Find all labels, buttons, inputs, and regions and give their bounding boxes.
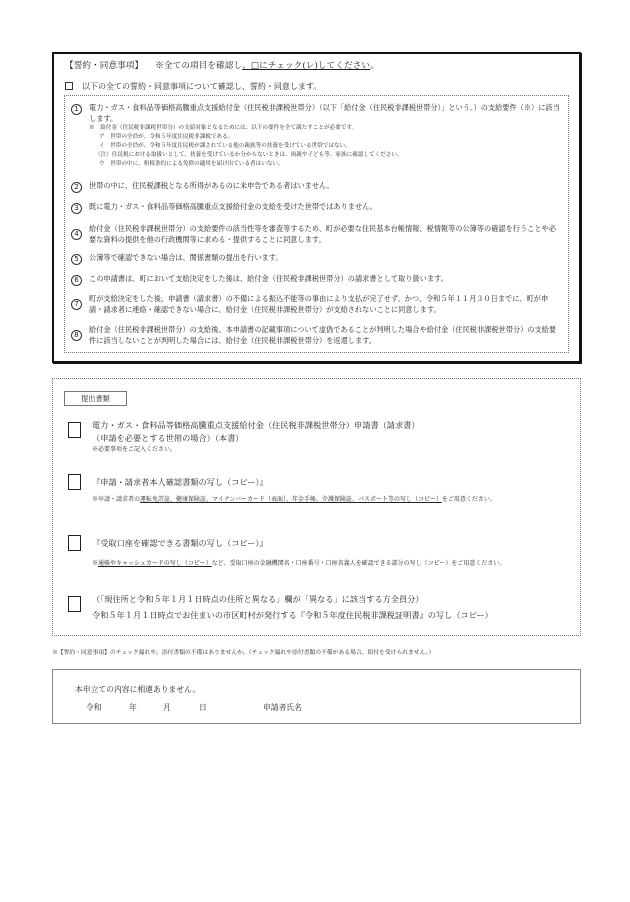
document-item-application: 電力・ガス・食料品等価格高騰重点支援給付金（住民税非課税世帯分）申請書（請求書）… <box>68 419 568 455</box>
document-checkbox[interactable] <box>68 422 81 438</box>
pledge-item-5: 5 公簿等で確認できない場合は、関係書類の提出を行います。 <box>71 252 561 263</box>
pledge-item-2: 2 世帯の中に、住民税課税となる所得があるのに未申告である者はいません。 <box>71 180 561 191</box>
pledge-item-sub: ウ 世帯の中に、租税条約による免除の適用を届け出ている者はいない。 <box>89 160 561 169</box>
pledge-item-sub: （注）住民税における取扱いとして、扶養を受けているか分からないときは、両親や子ど… <box>89 151 561 160</box>
pledge-item-sub: ア 世帯の全員が、令和５年度住民税非課税である。 <box>89 133 561 142</box>
document-label: （「現住所と令和５年１月１日時点の住所と異なる」欄が「異なる」に該当する方全員分… <box>92 593 568 606</box>
pledge-title: 【誓約・同意事項】 <box>65 61 143 71</box>
year-field[interactable]: 年 <box>129 702 137 713</box>
document-item-id-copy: 『申請・請求者本人確認書類の写し（コピー）』 ※申請・請求者の運転免許証、健康保… <box>68 471 568 505</box>
document-item-bank-account-copy: 『受取口座を確認できる書類の写し（コピー）』 ※通帳やキャッシュカードの写し（コ… <box>68 532 568 569</box>
pledge-item-text: 町が支給決定をした後、申請書（請求書）の不備による振込不能等の事由により支払が完… <box>89 293 561 315</box>
item-number: 1 <box>71 104 82 115</box>
pledge-header: 【誓約・同意事項】※全ての項目を確認し、□にチェック(レ)してください。 <box>65 59 379 71</box>
document-checkbox[interactable] <box>68 596 81 612</box>
pledge-item-7: 7 町が支給決定をした後、申請書（請求書）の不備による振込不能等の事由により支払… <box>71 293 561 315</box>
item-number: 3 <box>71 203 82 214</box>
pledge-items-box: 1 電力・ガス・食料品等価格高騰重点支援給付金（住民税非課税世帯分）（以下「給付… <box>64 95 569 353</box>
document-label: 『申請・請求者本人確認書類の写し（コピー）』 <box>92 471 568 493</box>
agree-all-row: 以下の全ての誓約・同意事項について確認し、誓約・同意します。 <box>65 81 321 92</box>
agree-all-label: 以下の全ての誓約・同意事項について確認し、誓約・同意します。 <box>82 82 321 91</box>
pledge-item-8: 8 給付金（住民税非課税世帯分）の支給後、本申請書の記載事項について虚偽であるこ… <box>71 324 561 346</box>
agree-all-checkbox[interactable] <box>65 82 73 90</box>
pledge-item-sub: イ 世帯の全員が、令和５年度住民税が課されている他の親族等の扶養を受けている世帯… <box>89 142 561 151</box>
document-note: ※申請・請求者の運転免許証、健康保険証、マイナンバーカード（表面）、年金手帳、介… <box>92 495 568 505</box>
document-label: 電力・ガス・食料品等価格高騰重点支援給付金（住民税非課税世帯分）申請書（請求書） <box>92 419 568 432</box>
pledge-item-6: 6 この申請書は、町において支給決定をした後は、給付金（住民税非課税世帯分）の請… <box>71 273 561 284</box>
pledge-item-3: 3 既に電力・ガス・食料品等価格高騰重点支援給付金の支給を受けた世帯ではありませ… <box>71 201 561 212</box>
pledge-item-text: 既に電力・ガス・食料品等価格高騰重点支援給付金の支給を受けた世帯ではありません。 <box>89 201 561 212</box>
document-label: （申請を必要とする世帯の場合）（本書） <box>92 432 568 445</box>
pledge-item-text: この申請書は、町において支給決定をした後は、給付金（住民税非課税世帯分）の請求書… <box>89 273 561 284</box>
item-number: 5 <box>71 254 82 265</box>
pledge-item-4: 4 給付金（住民税非課税世帯分）の支給要件の該当性等を審査等するため、町が必要な… <box>71 223 561 245</box>
item-number: 2 <box>71 182 82 193</box>
applicant-name-field[interactable]: 申請者氏名 <box>263 702 302 713</box>
day-field[interactable]: 日 <box>199 702 207 713</box>
pledge-item-1: 1 電力・ガス・食料品等価格高騰重点支援給付金（住民税非課税世帯分）（以下「給付… <box>71 102 561 169</box>
check-reminder-footnote: ※【誓約・同意事項】のチェック漏れや、添付書類の不備はありませんか。（チェック漏… <box>52 647 434 656</box>
pledge-instruction: ※全ての項目を確認し、□にチェック(レ)してください。 <box>155 61 379 71</box>
item-number: 7 <box>71 299 82 310</box>
signature-statement: 本申立ての内容に相違ありません。 <box>75 684 200 695</box>
document-checkbox[interactable] <box>68 535 81 551</box>
item-number: 4 <box>71 229 82 240</box>
document-note: ※通帳やキャッシュカードの写し（コピー）など、受取口座の金融機関名・口座番号・口… <box>92 559 568 569</box>
document-item-tax-exemption-certificate: （「現住所と令和５年１月１日時点の住所と異なる」欄が「異なる」に該当する方全員分… <box>68 593 568 622</box>
pledge-item-text: 給付金（住民税非課税世帯分）の支給要件の該当性等を審査等するため、町が必要な住民… <box>89 223 561 245</box>
pledge-item-text: 世帯の中に、住民税課税となる所得があるのに未申告である者はいません。 <box>89 180 561 191</box>
document-label: 『受取口座を確認できる書類の写し（コピー）』 <box>92 532 568 554</box>
pledge-section: 【誓約・同意事項】※全ての項目を確認し、□にチェック(レ)してください。 以下の… <box>52 52 581 363</box>
pledge-item-sub: ※ 給付金（住民税非課税世帯分）の支給対象となるためには、以下の要件を全て満たす… <box>89 124 561 133</box>
pledge-item-text: 公簿等で確認できない場合は、関係書類の提出を行います。 <box>89 252 561 263</box>
document-checkbox[interactable] <box>68 474 81 490</box>
document-label: 令和５年１月１日時点でお住まいの市区町村が発行する『令和５年度住民税非課税証明書… <box>92 609 568 622</box>
documents-section: 提出書類 電力・ガス・食料品等価格高騰重点支援給付金（住民税非課税世帯分）申請書… <box>52 378 581 636</box>
item-number: 6 <box>71 275 82 286</box>
item-number: 8 <box>71 330 82 341</box>
pledge-item-text: 電力・ガス・食料品等価格高騰重点支援給付金（住民税非課税世帯分）（以下「給付金（… <box>89 102 561 124</box>
signature-section: 本申立ての内容に相違ありません。 令和 年 月 日 申請者氏名 <box>52 669 581 724</box>
documents-title: 提出書類 <box>64 391 127 406</box>
pledge-item-text: 給付金（住民税非課税世帯分）の支給後、本申請書の記載事項について虚偽であることが… <box>89 324 561 346</box>
era-label: 令和 <box>86 702 102 713</box>
document-note: ※必要事項をご記入ください。 <box>92 445 568 455</box>
month-field[interactable]: 月 <box>163 702 171 713</box>
